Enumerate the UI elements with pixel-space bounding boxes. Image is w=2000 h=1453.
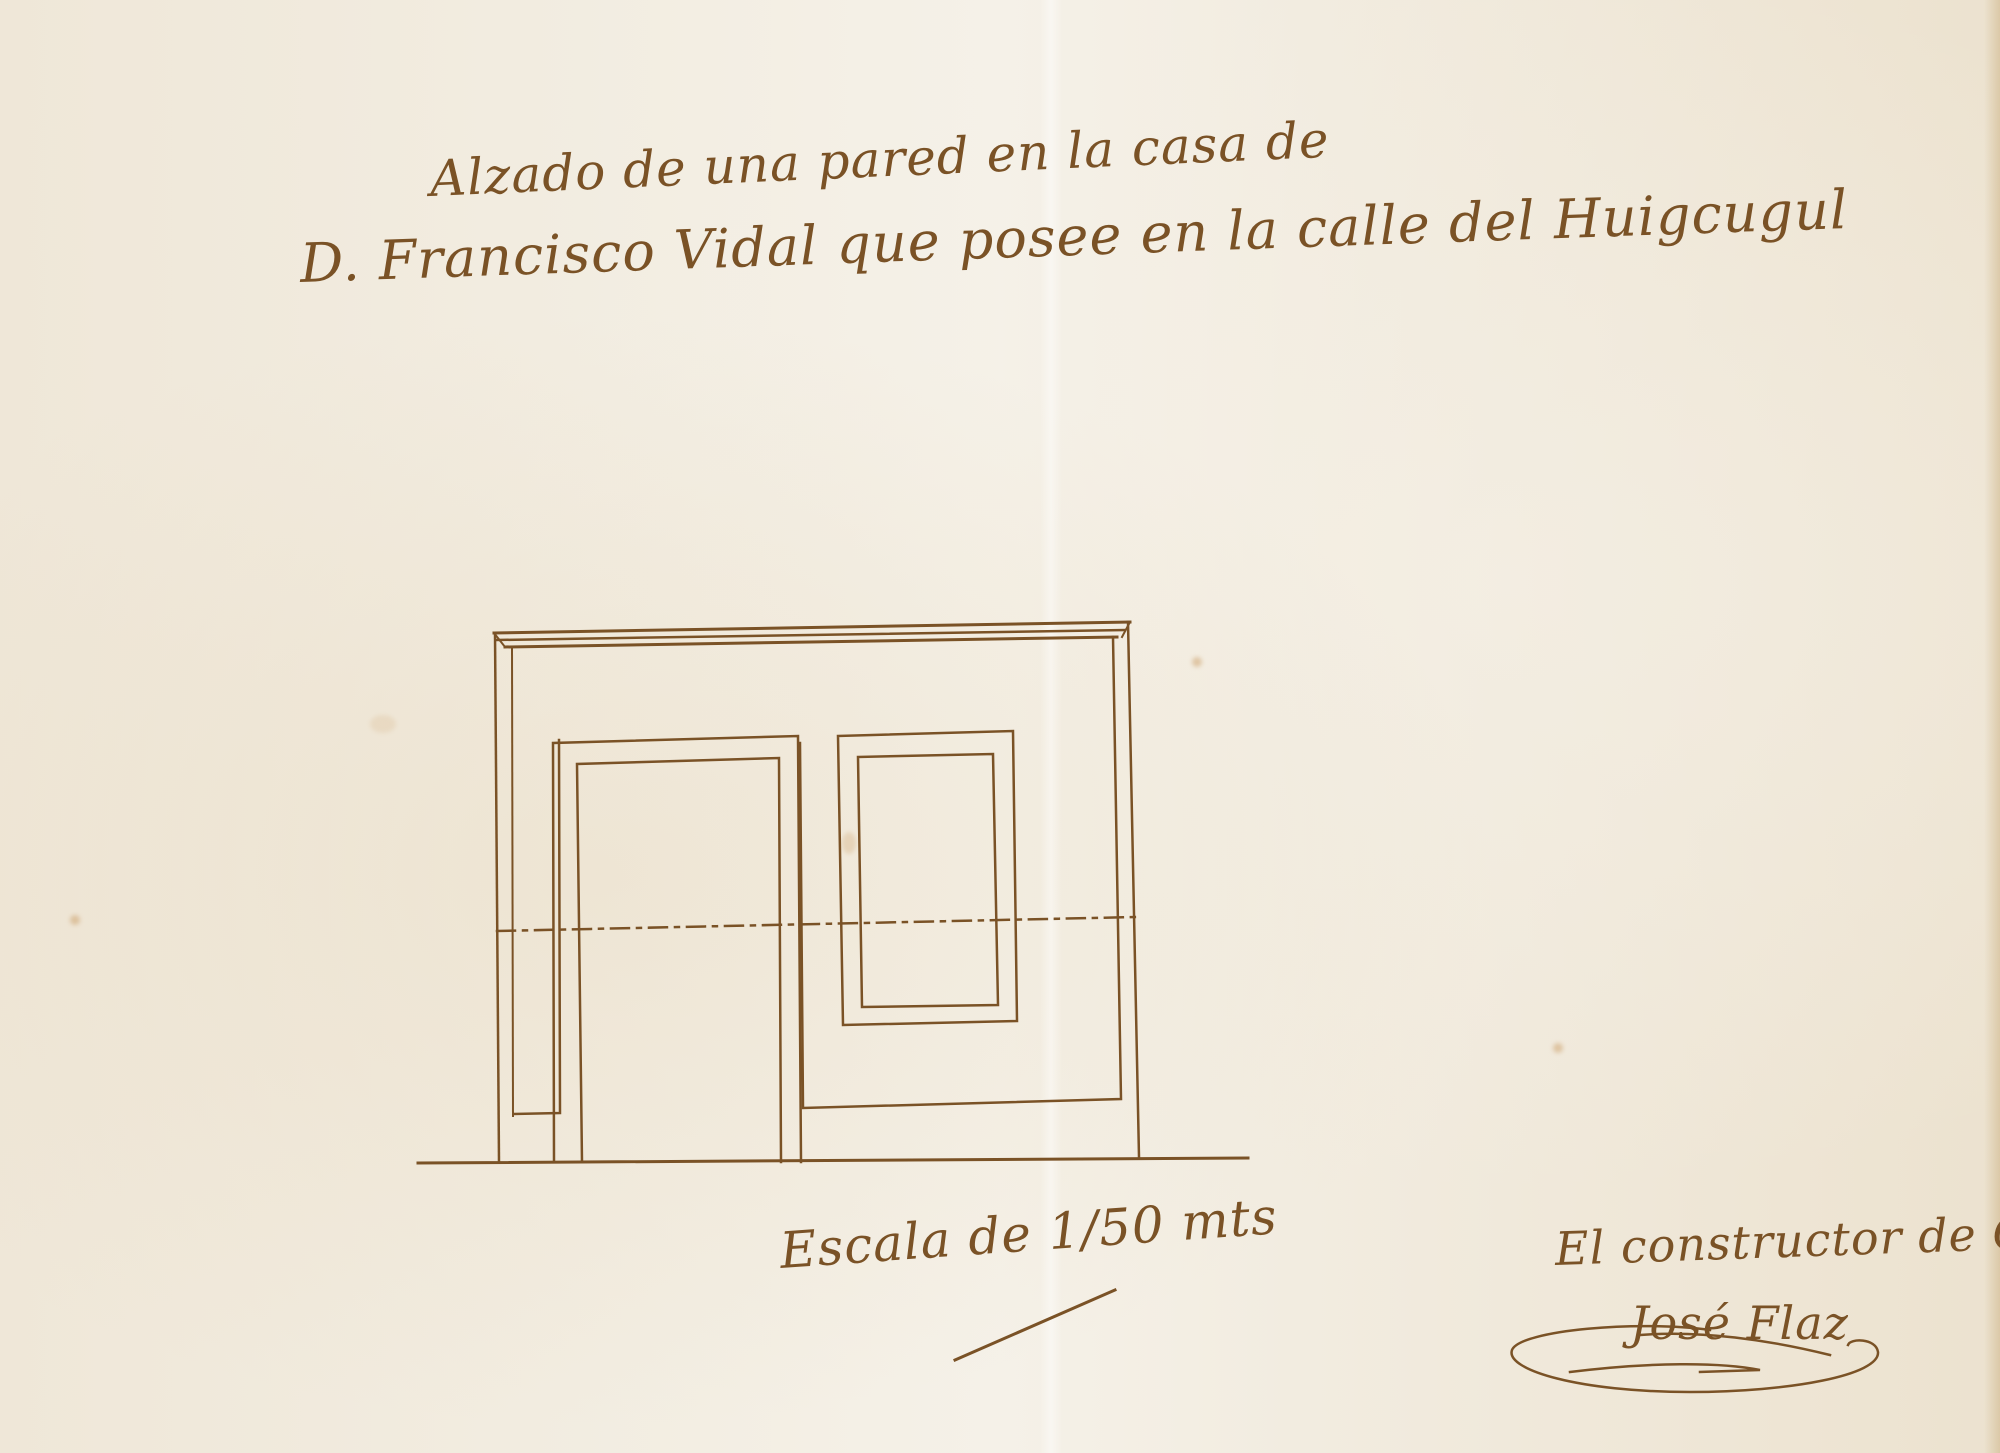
ground-line — [418, 1158, 1248, 1163]
scale-underline — [955, 1290, 1115, 1360]
outer-wall-outline — [495, 622, 1139, 1162]
document-sheet: Alzado de una pared en la casa de D. Fra… — [0, 0, 2000, 1453]
dashed-reference-line — [497, 917, 1137, 931]
right-recessed-panel — [800, 637, 1121, 1108]
signature-name: José Flaz — [1630, 1296, 1849, 1350]
window-with-frame — [838, 731, 1017, 1025]
door-opening-with-frame — [553, 736, 801, 1162]
cornice — [494, 622, 1130, 647]
